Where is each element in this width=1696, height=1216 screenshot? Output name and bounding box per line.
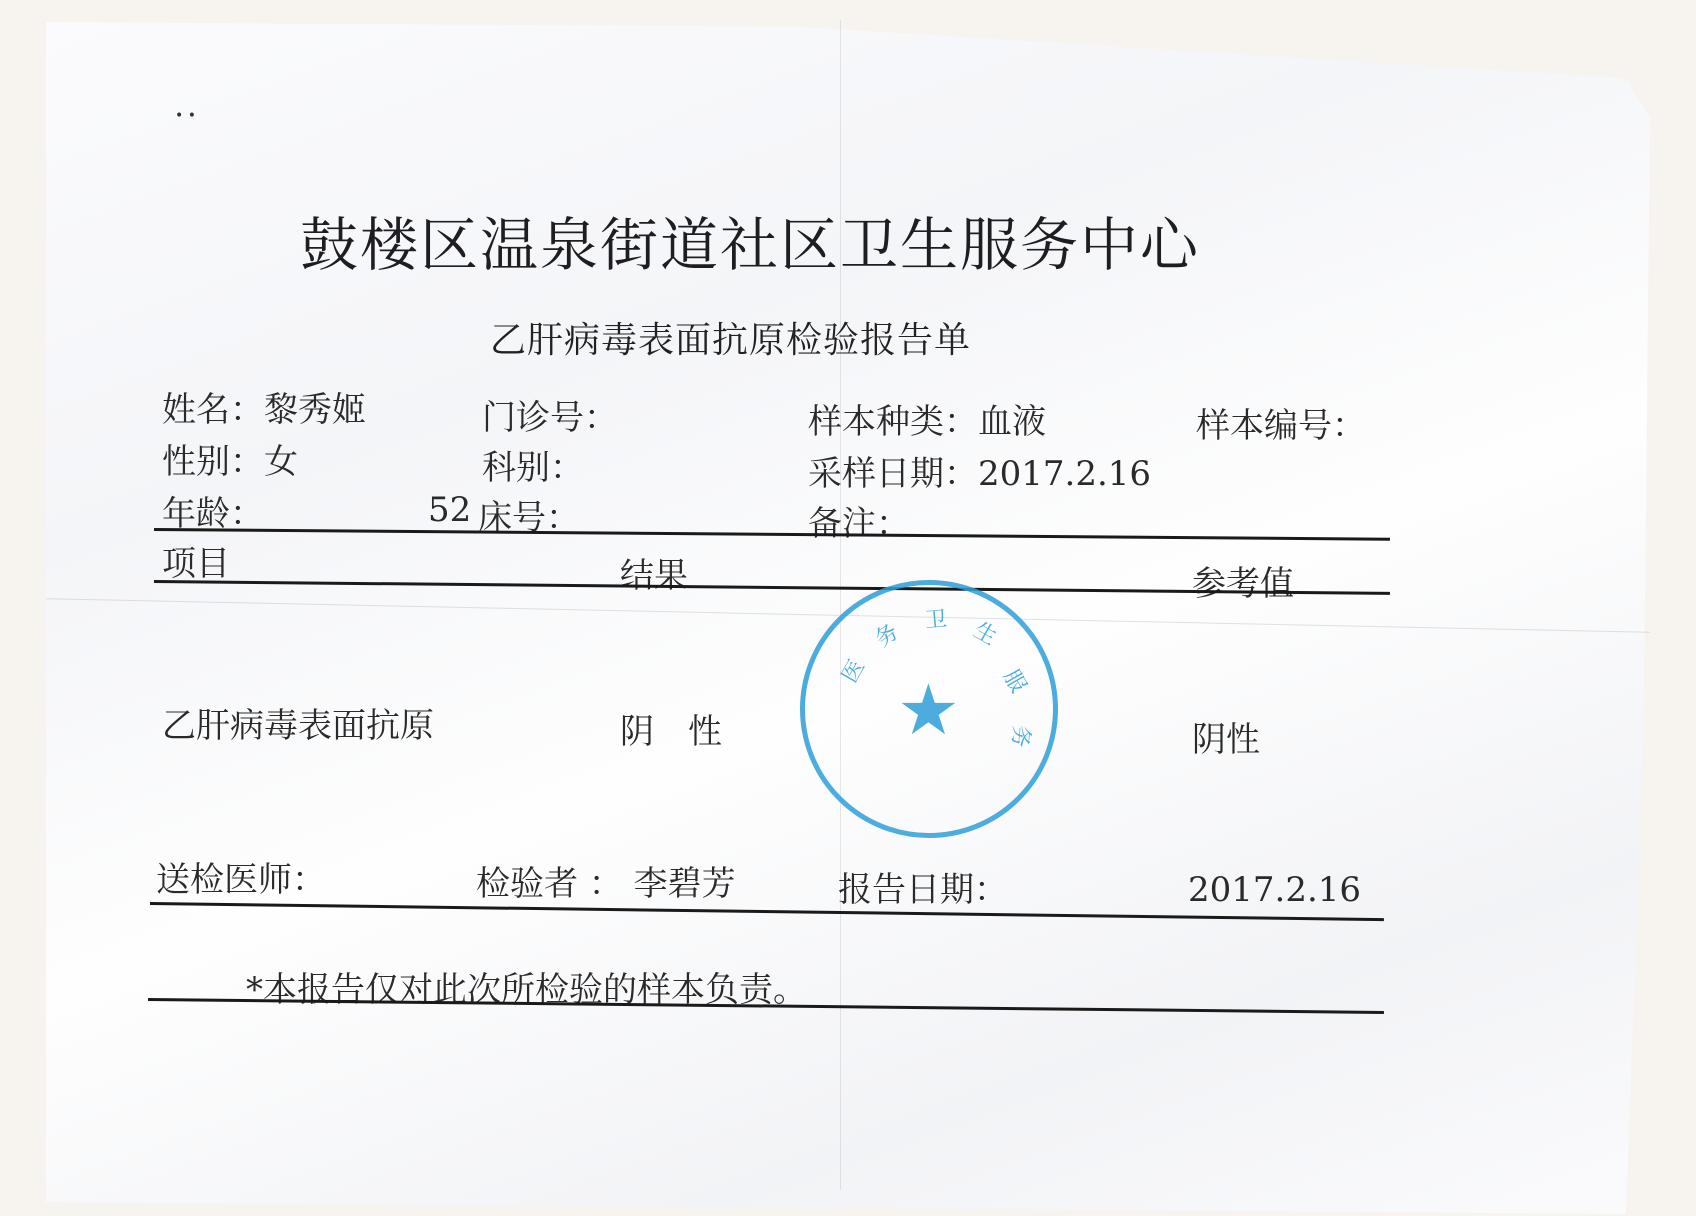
gender-label: 性别： [162,442,264,482]
sample-type-field: 样本种类：血液 [808,394,1046,443]
report-title: 乙肝病毒表面抗原检验报告单 [490,312,971,363]
sample-no-label: 样本编号： [1196,406,1366,446]
inspector-value: 李碧芳 [634,864,736,904]
doctor-label: 送检医师： [156,860,326,900]
stamp-text: 卫 [924,602,949,635]
clinic-no-field: 门诊号： [482,390,618,439]
row-result: 阴 性 [620,704,722,753]
header-item: 项目 [162,536,230,585]
institution-title: 鼓楼区温泉街道社区卫生服务中心 [300,198,1200,282]
gender-value: 女 [264,442,298,482]
report-date-label: 报告日期： [838,862,1008,911]
stamp-text: 生 [969,614,1004,652]
official-stamp: ★ 医 务 卫 生 服 务 [800,580,1058,838]
doctor-field: 送检医师： [156,852,326,901]
sample-type-value: 血液 [978,402,1046,442]
header-result: 结果 [620,548,688,597]
sample-date-value: 2017.2.16 [978,454,1151,494]
sample-date-label: 采样日期： [808,454,978,494]
row-item: 乙肝病毒表面抗原 [162,698,434,747]
sample-date-field: 采样日期：2017.2.16 [808,446,1151,495]
star-icon: ★ [897,675,960,745]
patient-name-field: 姓名：黎秀姬 [162,382,366,431]
ink-specks: • • [175,108,196,124]
inspector-label: 检验者 ： [476,864,623,904]
age-value: 52 [428,490,471,530]
clinic-no-label: 门诊号： [482,398,618,438]
report-date-value: 2017.2.16 [1188,870,1361,910]
department-field: 科别： [482,440,584,489]
stamp-text: 务 [868,615,904,653]
sample-no-field: 样本编号： [1196,398,1366,447]
remarks-label: 备注： [808,504,910,544]
remarks-field: 备注： [808,496,910,545]
sample-type-label: 样本种类： [808,402,978,442]
header-reference: 参考值 [1192,556,1294,605]
paper-crease [840,20,841,1190]
inspector-field: 检验者 ： 李碧芳 [476,856,736,905]
department-label: 科别： [482,448,584,488]
patient-name-value: 黎秀姬 [264,390,366,430]
stamp-text: 服 [997,663,1035,698]
stamp-text: 医 [833,653,871,688]
patient-name-label: 姓名： [162,390,264,430]
gender-field: 性别：女 [162,434,298,483]
stamp-text: 务 [1006,724,1039,749]
row-reference: 阴性 [1192,712,1260,761]
